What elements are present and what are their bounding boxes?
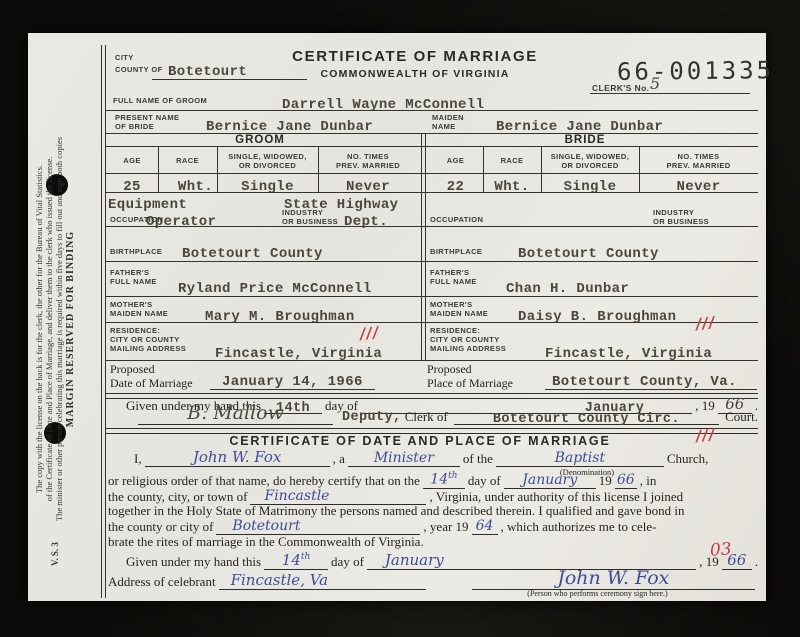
groom-race-header: RACE bbox=[158, 156, 217, 165]
place-of-marriage-value: Botetourt County, Va. bbox=[552, 374, 737, 390]
paragraph-line-1: I, John W. Fox , a Minister of the Bapti… bbox=[108, 450, 758, 467]
celebrant-signature: John W. Fox bbox=[557, 567, 669, 589]
margin-note-line: The minister or other person celebrating… bbox=[54, 60, 64, 598]
groom-age-header: AGE bbox=[106, 156, 158, 165]
clerk-signature: B. Mallow bbox=[187, 402, 284, 424]
bride-mother-label2: MAIDEN NAME bbox=[430, 309, 488, 318]
l5-prefix: the county or city of bbox=[108, 519, 213, 535]
given2-prefix: Given under my hand this bbox=[126, 554, 261, 570]
clerk-file-number-stamp: 66-001335 bbox=[617, 56, 774, 86]
table-values-line bbox=[106, 192, 758, 193]
bride-birthplace-label: BIRTHPLACE bbox=[430, 247, 482, 256]
given2-year-blank: 66 bbox=[722, 553, 752, 570]
paragraph-line-6: brate the rites of marriage in the Commo… bbox=[108, 534, 758, 550]
bride-residence-label1: RESIDENCE: bbox=[430, 326, 480, 335]
l5-year-value: 64 bbox=[476, 518, 494, 534]
court-value: Botetourt County Circ. bbox=[493, 412, 680, 427]
margin-binding-title: MARGIN RESERVED FOR BINDING bbox=[64, 60, 77, 598]
maiden-name-label2: NAME bbox=[432, 122, 456, 131]
l1-of-the: of the bbox=[463, 451, 493, 467]
given2-day-of: day of bbox=[331, 554, 364, 570]
red-checkmark-slashes: /// bbox=[695, 425, 716, 445]
role-blank: Minister bbox=[348, 450, 460, 467]
denomination-blank: Baptist bbox=[496, 450, 664, 467]
margin-note-line: The copy with the license on the back is… bbox=[34, 60, 44, 598]
clerk-of-label: Clerk of bbox=[402, 409, 451, 425]
groom-mother-label2: MAIDEN NAME bbox=[110, 309, 168, 318]
l1-church: Church, bbox=[667, 451, 709, 467]
groom-father-label1: FATHER'S bbox=[110, 268, 149, 277]
celebrant-role: Minister bbox=[374, 450, 434, 466]
bride-mother-label1: MOTHER'S bbox=[430, 300, 472, 309]
given2-month-value: January bbox=[385, 551, 444, 569]
celebrant-signature-note: (Person who performs ceremony sign here.… bbox=[460, 589, 735, 598]
place-of-marriage-label: Place of Marriage bbox=[427, 376, 513, 391]
clerk-signature-line: B. Mallow Deputy, Clerk of Botetourt Cou… bbox=[108, 406, 758, 425]
bride-section-header: BRIDE bbox=[505, 134, 665, 146]
l5-year-blank: 64 bbox=[472, 518, 498, 535]
paragraph-line-4: together in the Holy State of Matrimony … bbox=[108, 503, 758, 519]
date-of-marriage-value: January 14, 1966 bbox=[222, 374, 363, 390]
center-divider-line bbox=[421, 133, 422, 360]
groom-mother-label1: MOTHER'S bbox=[110, 300, 152, 309]
l4-text: together in the Holy State of Matrimony … bbox=[108, 503, 685, 519]
celebrant-name: John W. Fox bbox=[193, 448, 282, 466]
bride-race-header: RACE bbox=[483, 156, 541, 165]
address-blank: Fincastle, Va bbox=[219, 573, 426, 590]
court-suffix: Court. bbox=[722, 409, 758, 425]
l2-day-value: 14th bbox=[430, 471, 457, 488]
celebrant-signature-blank: John W. Fox bbox=[472, 573, 755, 590]
form-border-line bbox=[101, 45, 102, 598]
l2-suffix: , in bbox=[640, 473, 657, 489]
maiden-name-label: MAIDEN bbox=[432, 113, 464, 122]
given2-day-value: 14th bbox=[282, 551, 311, 569]
date-of-marriage-label: Date of Marriage bbox=[110, 376, 193, 391]
groom-times-header: NO. TIMESPREV. MARRIED bbox=[318, 152, 418, 171]
binding-margin-text: The copy with the license on the back is… bbox=[34, 60, 77, 598]
groom-industry-label2: OR BUSINESS bbox=[282, 217, 338, 226]
denomination-value: Baptist bbox=[555, 450, 606, 466]
residence-row-line bbox=[106, 360, 758, 361]
bride-father-label2: FULL NAME bbox=[430, 277, 477, 286]
paragraph-line-5: the county or city of Botetourt , year 1… bbox=[108, 518, 758, 535]
place-blank-line bbox=[545, 389, 757, 390]
bride-residence-label3: MAILING ADDRESS bbox=[430, 344, 506, 353]
groom-industry-value2: Dept. bbox=[344, 214, 388, 230]
county-of-label: COUNTY OF bbox=[115, 65, 163, 74]
groom-residence-label1: RESIDENCE: bbox=[110, 326, 160, 335]
bride-status-header: SINGLE, WIDOWED,OR DIVORCED bbox=[541, 152, 639, 171]
l5-place-blank: Botetourt bbox=[216, 518, 420, 535]
groom-residence-label3: MAILING ADDRESS bbox=[110, 344, 186, 353]
l5-year-label: , year 19 bbox=[423, 519, 468, 535]
clerks-no-line bbox=[590, 93, 750, 94]
groom-birthplace-value: Botetourt County bbox=[182, 246, 323, 262]
l2-year-value: 66 bbox=[617, 472, 635, 488]
present-name-label2: OF BRIDE bbox=[115, 122, 154, 131]
given2-period: . bbox=[755, 554, 758, 570]
commonwealth-subtitle: COMMONWEALTH OF VIRGINIA bbox=[285, 68, 545, 80]
bride-residence-label2: CITY OR COUNTY bbox=[430, 335, 500, 344]
red-checkmark-slashes: /// bbox=[695, 313, 716, 333]
address-signature-line: Address of celebrant Fincastle, Va John … bbox=[108, 573, 758, 590]
l2-day-blank: 14th bbox=[423, 472, 465, 489]
address-value: Fincastle, Va bbox=[231, 571, 329, 589]
proposed-label-groom: Proposed bbox=[110, 362, 155, 377]
given2-day-blank: 14th bbox=[264, 553, 328, 570]
city-label: CITY bbox=[115, 53, 134, 62]
groom-birthplace-label: BIRTHPLACE bbox=[110, 247, 162, 256]
l2-month-blank: January bbox=[504, 472, 596, 489]
l6-text: brate the rites of marriage in the Commo… bbox=[108, 534, 424, 550]
certificate-date-place-heading: CERTIFICATE OF DATE AND PLACE OF MARRIAG… bbox=[150, 434, 690, 448]
groom-father-value: Ryland Price McConnell bbox=[178, 281, 372, 297]
l2-day-of: day of bbox=[468, 473, 501, 489]
l2-year-prefix: 19 bbox=[599, 473, 612, 489]
present-name-label: PRESENT NAME bbox=[115, 113, 179, 122]
l2-month-value: January bbox=[522, 472, 577, 488]
scanned-marriage-certificate: The copy with the license on the back is… bbox=[0, 0, 800, 637]
margin-note-line: of the Certificate of Date and Place of … bbox=[44, 60, 54, 598]
groom-occupation-label: OCCUPATION bbox=[110, 215, 163, 224]
column-line bbox=[158, 146, 159, 192]
l5-suffix: , which authorizes me to cele- bbox=[501, 519, 657, 535]
occupation-row-line bbox=[106, 226, 758, 227]
l1-i: I, bbox=[134, 451, 142, 467]
clerk-signature-blank: B. Mallow bbox=[138, 408, 333, 425]
bride-father-label1: FATHER'S bbox=[430, 268, 469, 277]
bride-father-value: Chan H. Dunbar bbox=[506, 281, 629, 297]
bride-times-header: NO. TIMESPREV. MARRIED bbox=[639, 152, 758, 171]
l2-year-blank: 66 bbox=[615, 472, 637, 489]
l5-place-value: Botetourt bbox=[232, 518, 300, 534]
deputy-label: Deputy, bbox=[342, 410, 402, 425]
bride-industry-label2: OR BUSINESS bbox=[653, 217, 709, 226]
proposed-label-bride: Proposed bbox=[427, 362, 472, 377]
groom-residence-label2: CITY OR COUNTY bbox=[110, 335, 180, 344]
address-label: Address of celebrant bbox=[108, 574, 216, 590]
court-blank: Botetourt County Circ. bbox=[454, 408, 719, 425]
red-checkmark-slashes: /// bbox=[359, 323, 380, 343]
form-number: V. S. 3 bbox=[50, 542, 60, 566]
mother-row-line bbox=[106, 322, 758, 323]
celebrant-name-blank: John W. Fox bbox=[145, 450, 330, 467]
bride-birthplace-value: Botetourt County bbox=[518, 246, 659, 262]
date-blank-line bbox=[210, 389, 375, 390]
groom-name-label: FULL NAME OF GROOM bbox=[113, 96, 207, 105]
l3-place-value: Fincastle bbox=[264, 488, 329, 504]
groom-section-header: GROOM bbox=[180, 134, 340, 146]
clerks-no-value: 5 bbox=[650, 74, 660, 93]
groom-industry-value1: State Highway bbox=[284, 197, 398, 213]
father-row-line bbox=[106, 296, 758, 297]
l1-a: , a bbox=[333, 451, 345, 467]
county-value: Botetourt bbox=[168, 64, 247, 80]
l2-text: or religious order of that name, do here… bbox=[108, 473, 420, 489]
table-header-line bbox=[106, 173, 758, 174]
given2-year-value: 66 bbox=[727, 551, 746, 569]
given2-year-prefix: , 19 bbox=[699, 554, 719, 570]
groom-name-line bbox=[106, 110, 758, 111]
groom-occupation-value1: Equipment bbox=[108, 197, 187, 213]
birthplace-row-line bbox=[106, 261, 758, 262]
center-divider-line bbox=[425, 133, 426, 360]
section-header-line bbox=[106, 146, 758, 147]
bride-age-header: AGE bbox=[428, 156, 483, 165]
paragraph-line-2: or religious order of that name, do here… bbox=[108, 472, 758, 489]
bride-industry-label1: INDUSTRY bbox=[653, 208, 694, 217]
bride-occupation-label: OCCUPATION bbox=[430, 215, 483, 224]
groom-status-header: SINGLE, WIDOWED,OR DIVORCED bbox=[217, 152, 318, 171]
groom-father-label2: FULL NAME bbox=[110, 277, 157, 286]
certificate-title: CERTIFICATE OF MARRIAGE bbox=[285, 48, 545, 65]
